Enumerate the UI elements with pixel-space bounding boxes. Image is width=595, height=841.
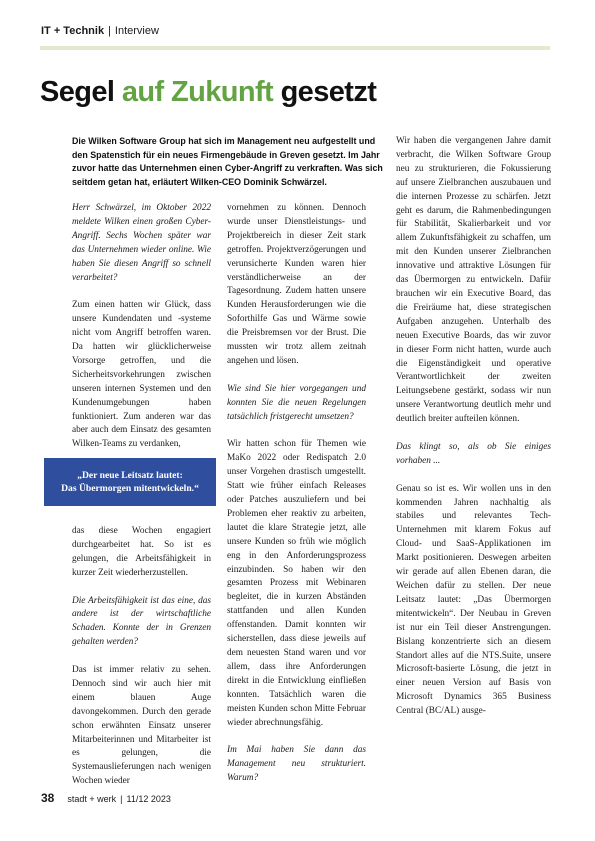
- interview-answer: Wir hatten schon für Themen wie MaKo 202…: [227, 438, 366, 730]
- title-part2: gesetzt: [273, 76, 376, 108]
- section-label: IT + Technik: [41, 25, 104, 37]
- page-footer: 38 stadt + werk | 11/12 2023: [41, 791, 171, 805]
- title-accent: auf Zukunft: [122, 76, 273, 108]
- interview-answer: Das ist immer relativ zu sehen. Dennoch …: [72, 664, 211, 789]
- publication-name: stadt + werk: [67, 794, 116, 804]
- category-label: Interview: [115, 25, 159, 37]
- pull-quote: „Der neue Leitsatz lautet: Das Übermorge…: [44, 458, 216, 506]
- interview-answer: das diese Wochen engagiert durchgearbeit…: [72, 525, 211, 581]
- issue-date: 11/12 2023: [126, 794, 170, 804]
- header-rule: [40, 46, 550, 50]
- column-2: vornehmen zu können. Dennoch wurde unser…: [227, 202, 366, 800]
- interview-question: Wie sind Sie hier vorgegangen und konnte…: [227, 383, 366, 425]
- interview-question: Die Arbeitsfähigkeit ist das eine, das a…: [72, 595, 211, 651]
- interview-answer: vornehmen zu können. Dennoch wurde unser…: [227, 202, 366, 369]
- column-1: Herr Schwärzel, im Oktober 2022 meldete …: [72, 202, 211, 466]
- interview-question: Im Mai haben Sie dann das Management neu…: [227, 744, 366, 786]
- interview-question: Das klingt so, als ob Sie einiges vorhab…: [396, 441, 551, 469]
- pull-quote-line-1: „Der neue Leitsatz lautet:: [77, 469, 183, 483]
- footer-separator: |: [120, 794, 122, 804]
- pull-quote-line-2: Das Übermorgen mitentwickeln.“: [61, 482, 199, 496]
- header-separator: |: [108, 25, 111, 37]
- article-title: Segel auf Zukunft gesetzt: [40, 76, 376, 109]
- interview-answer: Genau so ist es. Wir wollen uns in den k…: [396, 483, 551, 719]
- interview-question: Herr Schwärzel, im Oktober 2022 meldete …: [72, 202, 211, 285]
- article-lead: Die Wilken Software Group hat sich im Ma…: [72, 135, 385, 189]
- interview-answer: Wir haben die vergangenen Jahre damit ve…: [396, 135, 551, 427]
- page-number: 38: [41, 791, 54, 805]
- column-3: Wir haben die vergangenen Jahre damit ve…: [396, 135, 551, 733]
- column-1-continued: das diese Wochen engagiert durchgearbeit…: [72, 525, 211, 803]
- interview-answer: Zum einen hatten wir Glück, dass unsere …: [72, 299, 211, 452]
- title-part1: Segel: [40, 76, 122, 108]
- section-header: IT + Technik|Interview: [41, 25, 159, 37]
